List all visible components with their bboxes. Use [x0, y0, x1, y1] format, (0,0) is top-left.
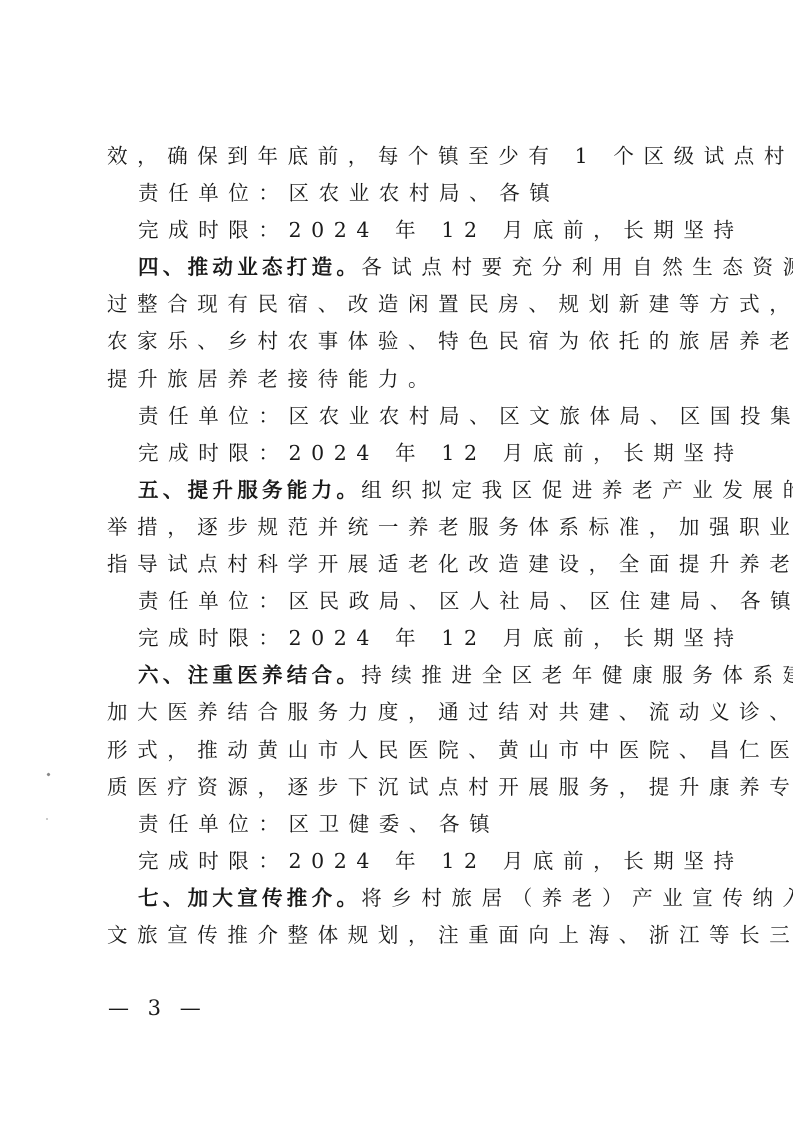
section-heading: 六、注重医养结合。	[138, 663, 361, 687]
deadline-line: 完成时限：2024 年 12 月底前，长期坚持	[107, 843, 692, 880]
page-number: — 3 —	[108, 996, 207, 1020]
responsible-unit-line: 责任单位：区民政局、区人社局、区住建局、各镇	[107, 583, 692, 620]
responsible-unit-line: 责任单位：区农业农村局、各镇	[107, 175, 692, 212]
paragraph-line: 形式，推动黄山市人民医院、黄山市中医院、昌仁医院等市区优	[107, 732, 692, 769]
paragraph-line: 文旅宣传推介整体规划，注重面向上海、浙江等长三角地区开展	[107, 917, 692, 954]
section-heading-line: 六、注重医养结合。持续推进全区老年健康服务体系建设，	[107, 657, 692, 694]
responsible-unit-line: 责任单位：区农业农村局、区文旅体局、区国投集团、各镇	[107, 398, 692, 435]
paragraph-line: 加大医养结合服务力度，通过结对共建、流动义诊、驻点服务等	[107, 694, 692, 731]
scan-artifact-mark	[46, 772, 50, 776]
scan-artifact-mark	[46, 818, 48, 820]
deadline-line: 完成时限：2024 年 12 月底前，长期坚持	[107, 620, 692, 657]
responsible-unit-line: 责任单位：区卫健委、各镇	[107, 806, 692, 843]
document-body: 效，确保到年底前，每个镇至少有 1 个区级试点村。 责任单位：区农业农村局、各镇…	[107, 138, 692, 954]
paragraph-line: 提升旅居养老接待能力。	[107, 361, 692, 398]
section-text: 组织拟定我区促进养老产业发展的政策	[361, 478, 793, 502]
section-heading-line: 五、提升服务能力。组织拟定我区促进养老产业发展的政策	[107, 472, 692, 509]
paragraph-line: 农家乐、乡村农事体验、特色民宿为依托的旅居养老业态项目，	[107, 323, 692, 360]
section-text: 将乡村旅居（养老）产业宣传纳入全区	[361, 886, 793, 910]
section-heading: 五、提升服务能力。	[138, 478, 361, 502]
deadline-line: 完成时限：2024 年 12 月底前，长期坚持	[107, 212, 692, 249]
section-heading-line: 四、推动业态打造。各试点村要充分利用自然生态资源，通	[107, 249, 692, 286]
section-text: 持续推进全区老年健康服务体系建设，	[361, 663, 793, 687]
section-heading: 四、推动业态打造。	[138, 255, 361, 279]
paragraph-line: 过整合现有民宿、改造闲置民房、规划新建等方式，建成一批以	[107, 286, 692, 323]
paragraph-line: 指导试点村科学开展适老化改造建设，全面提升养老服务水平。	[107, 546, 692, 583]
section-heading-line: 七、加大宣传推介。将乡村旅居（养老）产业宣传纳入全区	[107, 880, 692, 917]
section-heading: 七、加大宣传推介。	[138, 886, 361, 910]
deadline-line: 完成时限：2024 年 12 月底前，长期坚持	[107, 435, 692, 472]
paragraph-line: 举措，逐步规范并统一养老服务体系标准，加强职业技能培训，	[107, 509, 692, 546]
paragraph-line: 质医疗资源，逐步下沉试点村开展服务，提升康养专业化水平。	[107, 769, 692, 806]
paragraph-line: 效，确保到年底前，每个镇至少有 1 个区级试点村。	[107, 138, 692, 175]
section-text: 各试点村要充分利用自然生态资源，通	[361, 255, 793, 279]
